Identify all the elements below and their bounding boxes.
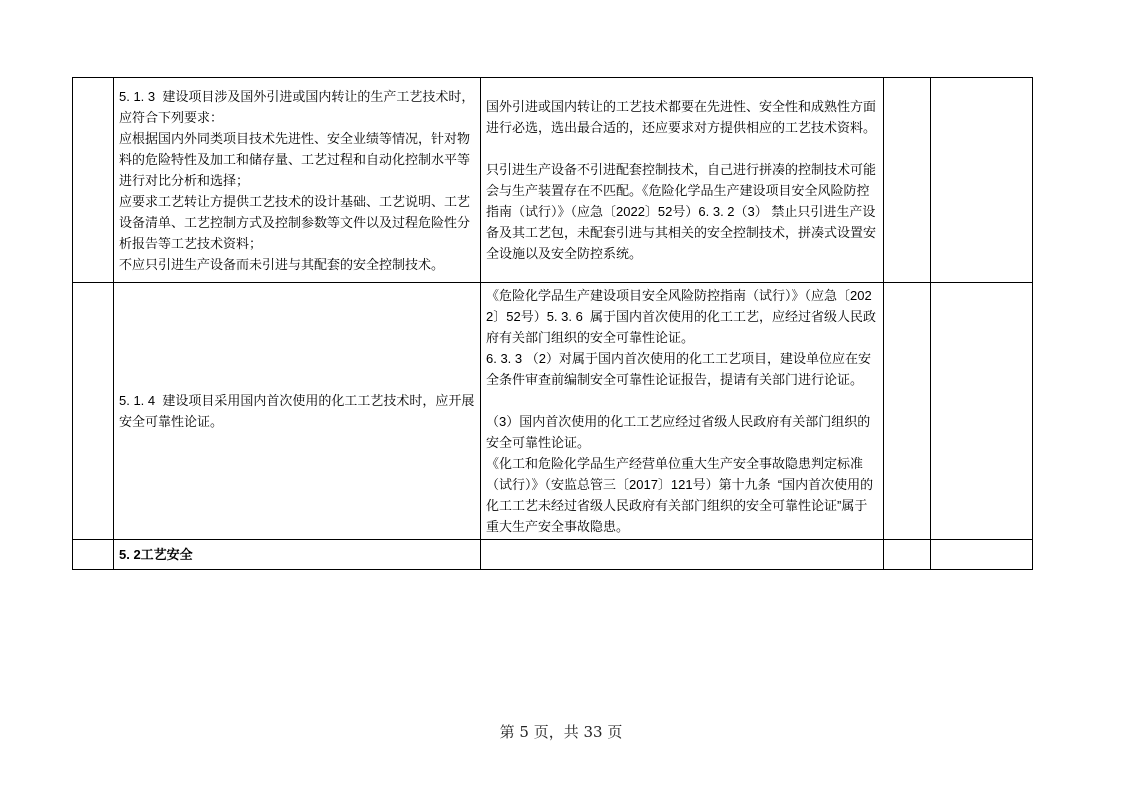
table-row-513: 5. 1. 3 建设项目涉及国外引进或国内转让的生产工艺技术时，应符合下列要求：…: [73, 78, 1033, 283]
safety-requirements-table: 5. 1. 3 建设项目涉及国外引进或国内转让的生产工艺技术时，应符合下列要求：…: [72, 77, 1033, 570]
cell-index-empty: [73, 540, 114, 570]
cell-index-empty: [73, 78, 114, 283]
cell-remark-empty: [931, 78, 1033, 283]
document-page: 5. 1. 3 建设项目涉及国外引进或国内转让的生产工艺技术时，应符合下列要求：…: [0, 0, 1122, 793]
page-footer: 第 5 页，共 33 页: [0, 721, 1122, 742]
cell-remark-empty: [931, 283, 1033, 540]
note-text-514: 《危险化学品生产建设项目安全风险防控指南（试行）》（应急〔2022〕52号）5.…: [486, 285, 878, 537]
section-title-52: 5. 2工艺安全: [119, 544, 475, 565]
cell-judgement-empty: [884, 78, 931, 283]
cell-note-513: 国外引进或国内转让的工艺技术都要在先进性、安全性和成熟性方面进行必选，选出最合适…: [481, 78, 884, 283]
cell-judgement-empty: [884, 540, 931, 570]
cell-index-empty: [73, 283, 114, 540]
cell-note-514: 《危险化学品生产建设项目安全风险防控指南（试行）》（应急〔2022〕52号）5.…: [481, 283, 884, 540]
requirement-text-514: 5. 1. 4 建设项目采用国内首次使用的化工工艺技术时，应开展安全可靠性论证。: [119, 390, 475, 432]
cell-note-empty: [481, 540, 884, 570]
requirement-text-513: 5. 1. 3 建设项目涉及国外引进或国内转让的生产工艺技术时，应符合下列要求：…: [119, 86, 475, 275]
cell-remark-empty: [931, 540, 1033, 570]
table-row-section-52: 5. 2工艺安全: [73, 540, 1033, 570]
cell-judgement-empty: [884, 283, 931, 540]
cell-requirement-514: 5. 1. 4 建设项目采用国内首次使用的化工工艺技术时，应开展安全可靠性论证。: [114, 283, 481, 540]
table-row-514: 5. 1. 4 建设项目采用国内首次使用的化工工艺技术时，应开展安全可靠性论证。…: [73, 283, 1033, 540]
cell-section-title-52: 5. 2工艺安全: [114, 540, 481, 570]
note-text-513: 国外引进或国内转让的工艺技术都要在先进性、安全性和成熟性方面进行必选，选出最合适…: [486, 96, 878, 264]
cell-requirement-513: 5. 1. 3 建设项目涉及国外引进或国内转让的生产工艺技术时，应符合下列要求：…: [114, 78, 481, 283]
